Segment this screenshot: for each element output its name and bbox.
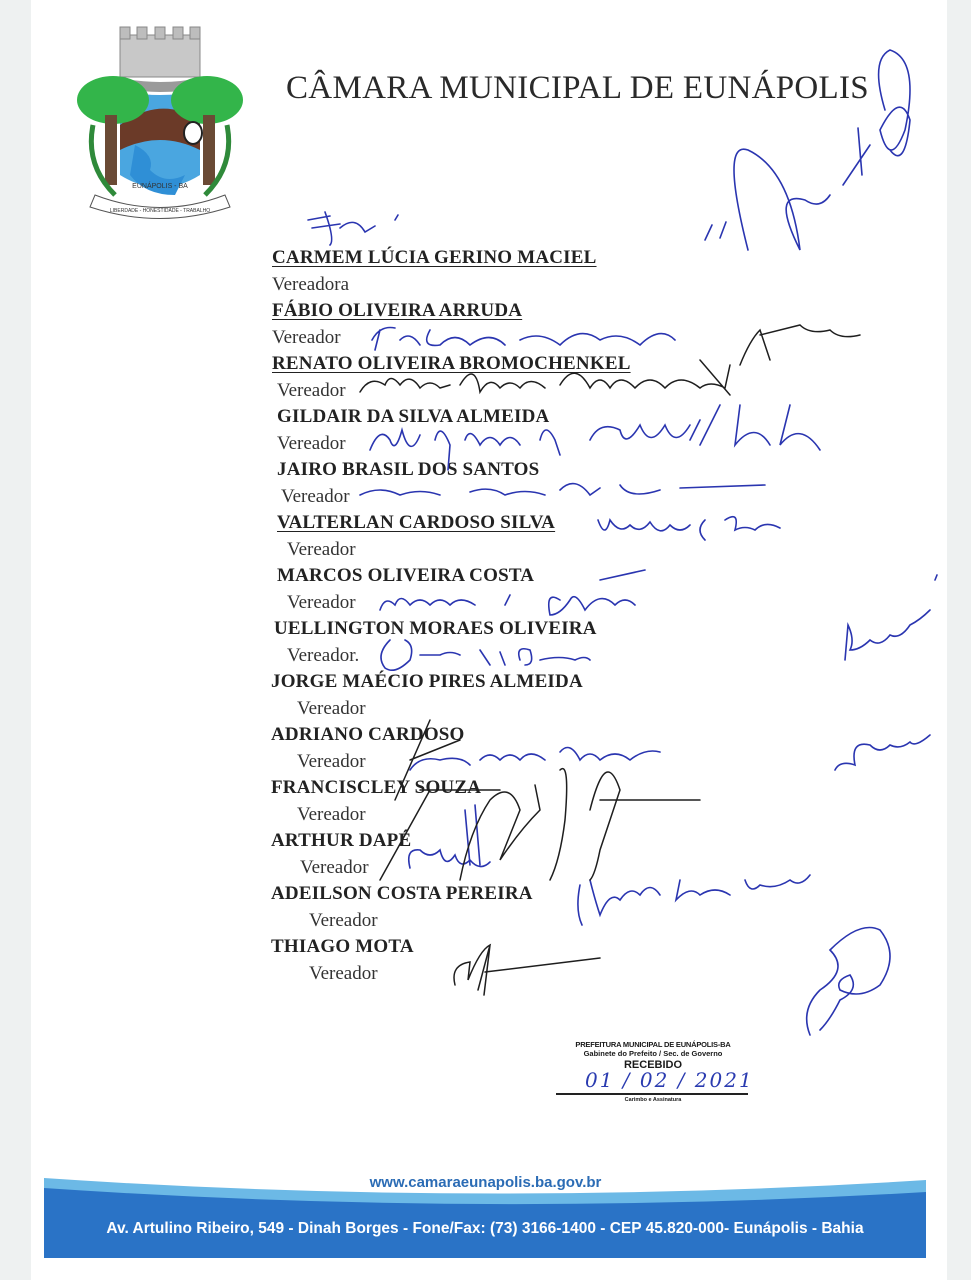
member-name: UELLINGTON MORAES OLIVEIRA <box>274 618 597 640</box>
member-name: CARMEM LÚCIA GERINO MACIEL <box>272 247 597 269</box>
stamp-signature-line <box>556 1093 748 1095</box>
coat-of-arms-logo: EUNÁPOLIS - BA LIBERDADE - HONESTIDADE -… <box>75 25 245 225</box>
member-name: MARCOS OLIVEIRA COSTA <box>277 565 534 587</box>
stamp-office: Gabinete do Prefeito / Sec. de Governo <box>548 1049 758 1058</box>
member-name: FRANCISCLEY SOUZA <box>271 777 481 799</box>
member-name: ADEILSON COSTA PEREIRA <box>271 883 533 905</box>
stamp-caption: Carimbo e Assinatura <box>548 1097 758 1103</box>
member-role: Vereador <box>277 380 346 402</box>
member-name: GILDAIR DA SILVA ALMEIDA <box>277 406 549 428</box>
council-title: CÂMARA MUNICIPAL DE EUNÁPOLIS <box>286 70 869 107</box>
member-name: RENATO OLIVEIRA BROMOCHENKEL <box>272 353 631 375</box>
member-name: THIAGO MOTA <box>271 936 414 958</box>
website-url[interactable]: www.camaraeunapolis.ba.gov.br <box>0 1174 971 1191</box>
member-role: Vereadora <box>272 274 349 296</box>
member-role: Vereador <box>272 327 341 349</box>
member-role: Vereador <box>309 963 378 985</box>
member-role: Vereador <box>287 592 356 614</box>
member-role: Vereador. <box>287 645 359 667</box>
member-role: Vereador <box>309 910 378 932</box>
svg-text:EUNÁPOLIS - BA: EUNÁPOLIS - BA <box>132 181 188 190</box>
member-name: JAIRO BRASIL DOS SANTOS <box>277 459 539 481</box>
member-name: ARTHUR DAPÉ <box>271 830 411 852</box>
member-role: Vereador <box>300 857 369 879</box>
stamp-issuer: PREFEITURA MUNICIPAL DE EUNÁPOLIS-BA <box>548 1040 758 1049</box>
member-name: JORGE MAÉCIO PIRES ALMEIDA <box>271 671 583 693</box>
stamp-date: 01 / 02 / 2021 <box>585 1068 754 1092</box>
member-role: Vereador <box>297 751 366 773</box>
member-role: Vereador <box>281 486 350 508</box>
member-role: Vereador <box>287 539 356 561</box>
member-role: Vereador <box>297 804 366 826</box>
footer-address: Av. Artulino Ribeiro, 549 - Dinah Borges… <box>44 1220 926 1238</box>
member-name: VALTERLAN CARDOSO SILVA <box>277 512 555 534</box>
member-role: Vereador <box>297 698 366 720</box>
member-name: FÁBIO OLIVEIRA ARRUDA <box>272 300 522 322</box>
member-name: ADRIANO CARDOSO <box>271 724 465 746</box>
svg-text:LIBERDADE - HONESTIDADE - TRAB: LIBERDADE - HONESTIDADE - TRABALHO <box>110 208 210 214</box>
member-role: Vereador <box>277 433 346 455</box>
